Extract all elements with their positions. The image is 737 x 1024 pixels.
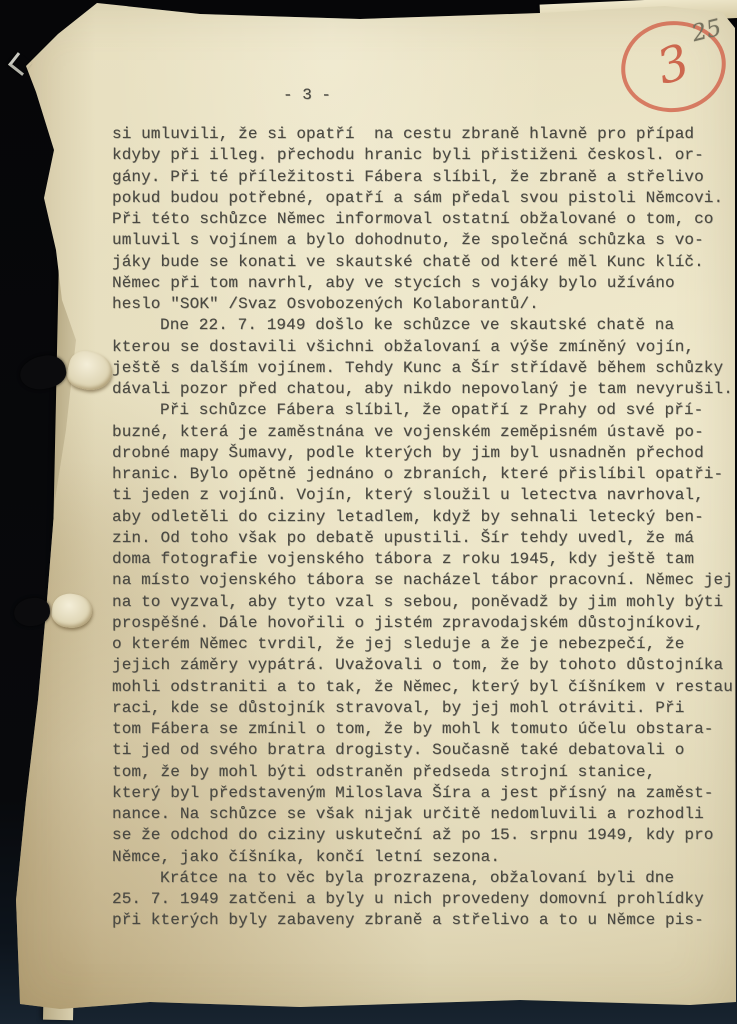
text-line: jejich záměry vypátrá. Uvažovali o tom, …: [112, 655, 728, 676]
text-line: na místo vojenského tábora se nacházel t…: [112, 570, 728, 591]
text-line: hranic. Bylo opětně jednáno o zbraních, …: [112, 464, 728, 485]
text-line: umluvil s vojínem a bylo dohodnuto, že s…: [112, 230, 728, 251]
text-line: Němce, jako číšníka, končí letní sezona.: [112, 847, 728, 868]
stamp-number: 3: [650, 33, 695, 95]
text-line: kterou se dostavili všichni obžalovaní a…: [112, 337, 728, 358]
text-line: aby odletěli do ciziny letadlem, když by…: [112, 507, 728, 528]
page-number: - 3 -: [283, 86, 331, 104]
text-line: si umluvili, že si opatří na cestu zbran…: [112, 124, 728, 145]
text-line: ti jed od svého bratra drogisty. Současn…: [112, 740, 728, 761]
text-line: nance. Na schůzce se však nijak určitě n…: [112, 804, 728, 825]
text-line: heslo "SOK" /Svaz Osvobozených Kolaboran…: [112, 294, 728, 315]
text-line: mohli odstraniti a to tak, že Němec, kte…: [112, 677, 728, 698]
text-line: raci, kde se důstojník stravoval, by jej…: [112, 698, 728, 719]
document-text: si umluvili, že si opatří na cestu zbran…: [112, 124, 728, 932]
text-line: na to vyzval, aby tyto vzal s sebou, pon…: [112, 592, 728, 613]
text-line: prospěšné. Dále hovořili o jistém zpravo…: [112, 613, 728, 634]
text-line: ti jeden z vojínů. Vojín, který sloužil …: [112, 485, 728, 506]
text-line: gány. Při té příležitosti Fábera slíbil,…: [112, 167, 728, 188]
text-line: Krátce na to věc byla prozrazena, obžalo…: [112, 868, 728, 889]
text-line: se že odchod do ciziny uskuteční až po 1…: [112, 825, 728, 846]
text-line: Němec při tom navrhl, aby ve stycích s v…: [112, 273, 728, 294]
text-line: tom, že by mohl býti odstraněn předseda …: [112, 762, 728, 783]
text-line: ještě s dalším vojínem. Tehdy Kunc a Šír…: [112, 358, 728, 379]
text-line: pokud budou potřebné, opatří a sám předa…: [112, 188, 728, 209]
text-line: tom Fábera se zmínil o tom, že by mohl k…: [112, 719, 728, 740]
text-line: Dne 22. 7. 1949 došlo ke schůzce ve skau…: [112, 315, 728, 336]
text-line: jáky bude se konati ve skautské chatě od…: [112, 252, 728, 273]
text-line: doma fotografie vojenského tábora z roku…: [112, 549, 728, 570]
text-line: Při této schůzce Němec informoval ostatn…: [112, 209, 728, 230]
text-line: o kterém Němec tvrdil, že jej sleduje a …: [112, 634, 728, 655]
text-line: zin. Od toho však po debatě upustili. Ší…: [112, 528, 728, 549]
text-line: drobné mapy Šumavy, podle kterých by jim…: [112, 443, 728, 464]
text-line: kdyby při illeg. přechodu hranic byli př…: [112, 145, 728, 166]
text-line: 25. 7. 1949 zatčeni a byly u nich proved…: [112, 889, 728, 910]
text-line: který byl představeným Miloslava Šíra a …: [112, 783, 728, 804]
document-page: - 3 - si umluvili, že si opatří na cestu…: [0, 0, 737, 1024]
scanned-document: - 3 - si umluvili, že si opatří na cestu…: [0, 0, 737, 1024]
text-line: při kterých byly zabaveny zbraně a střel…: [112, 910, 728, 931]
text-line: buzné, která je zaměstnána ve vojenském …: [112, 422, 728, 443]
staple: [8, 52, 32, 76]
text-line: Při schůzce Fábera slíbil, že opatří z P…: [112, 400, 728, 421]
text-line: dávali pozor před chatou, aby nikdo nepo…: [112, 379, 728, 400]
